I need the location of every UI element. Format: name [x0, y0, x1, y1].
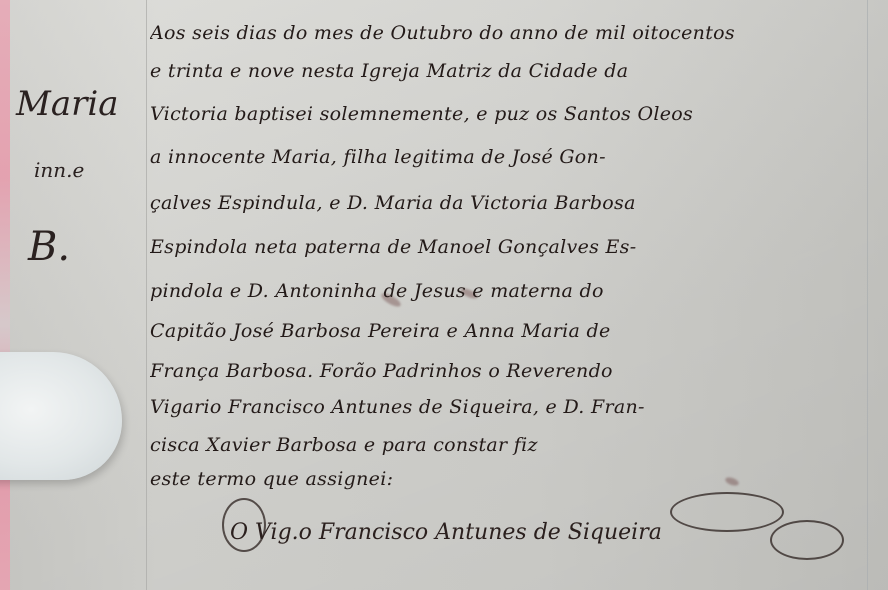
margin-rule: [146, 0, 147, 590]
text-line: Espindola neta paterna de Manoel Gonçalv…: [150, 236, 862, 258]
text-line: pindola e D. Antoninha de Jesus e matern…: [150, 280, 862, 302]
text-line: Capitão José Barbosa Pereira e Anna Mari…: [150, 320, 862, 342]
text-line: Aos seis dias do mes de Outubro do anno …: [150, 22, 862, 44]
margin-name: Maria: [16, 84, 118, 124]
text-line: cisca Xavier Barbosa e para constar fiz: [150, 434, 862, 456]
margin-letter: B.: [28, 224, 70, 270]
right-margin-rule: [867, 0, 868, 590]
text-line: e trinta e nove nesta Igreja Matriz da C…: [150, 60, 862, 82]
manuscript-page: Maria inn.e B. Aos seis dias do mes de O…: [0, 0, 888, 590]
page-edge-pink: [0, 0, 10, 590]
thumb-holding-page: [0, 352, 122, 480]
priest-signature: O Vig.o Francisco Antunes de Siqueira: [230, 520, 850, 545]
text-line: a innocente Maria, filha legitima de Jos…: [150, 146, 862, 168]
margin-abbrev: inn.e: [34, 158, 84, 182]
text-line: çalves Espindula, e D. Maria da Victoria…: [150, 192, 862, 214]
text-line: França Barbosa. Forão Padrinhos o Revere…: [150, 360, 862, 382]
text-line: Victoria baptisei solemnemente, e puz os…: [150, 103, 862, 125]
text-line: Vigario Francisco Antunes de Siqueira, e…: [150, 396, 862, 418]
text-line: este termo que assignei:: [150, 468, 862, 490]
